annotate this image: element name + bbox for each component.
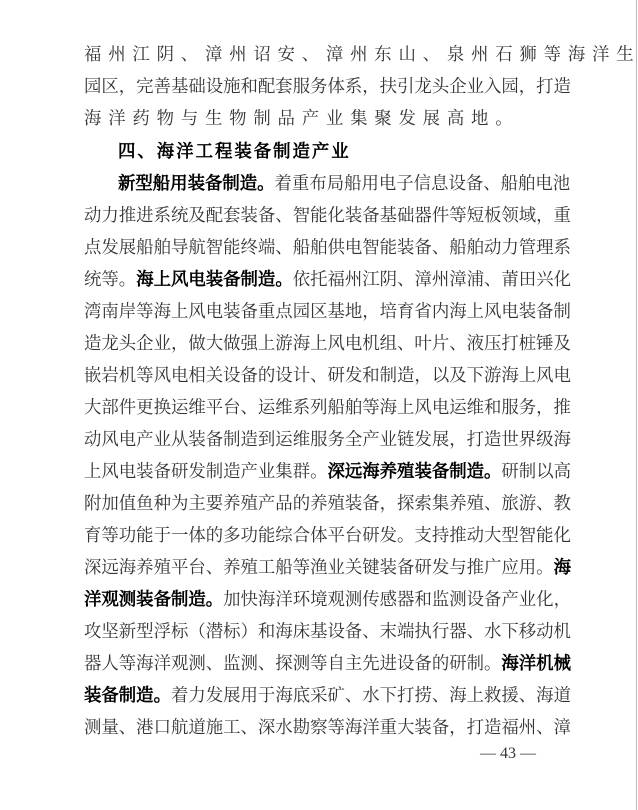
- text-run: 上风电装备研发制造产业集群。: [84, 462, 327, 482]
- text-line: 园区，完善基础设施和配套服务体系，扶引龙头企业入园，打造: [84, 71, 558, 103]
- text-line: 统等。海上风电装备制造。依托福州江阴、漳州漳浦、莆田兴化: [84, 264, 558, 296]
- subsection-title: 海: [554, 558, 571, 578]
- text-run: 加快海洋环境观测传感器和监测设备产业化，: [223, 590, 571, 610]
- text-line: 动风电产业从装备制造到运维服务全产业链发展，打造世界级海: [84, 424, 558, 456]
- subsection-title: 海上风电装备制造。: [136, 270, 293, 290]
- text-run: 研制以高: [501, 462, 571, 482]
- text-run: 造龙头企业，做大做强上游海上风电机组、叶片、液压打桩锤及: [84, 334, 571, 354]
- text-run: 动力推进系统及配套装备、智能化装备基础器件等短板领域，重: [84, 206, 571, 226]
- text-run: 附加值鱼种为主要养殖产品的养殖装备，探索集养殖、旅游、教: [84, 494, 571, 514]
- subsection-title: 海洋机械: [501, 654, 571, 674]
- text-run: 依托福州江阴、漳州漳浦、莆田兴化: [293, 270, 571, 290]
- text-run: 深远海养殖平台、养殖工船等渔业关键装备研发与推广应用。: [84, 558, 554, 578]
- text-line: 附加值鱼种为主要养殖产品的养殖装备，探索集养殖、旅游、教: [84, 488, 558, 520]
- text-line: 湾南岸等海上风电装备重点园区基地，培育省内海上风电装备制: [84, 296, 558, 328]
- text-run: 统等。: [84, 270, 136, 290]
- text-line: 装备制造。着力发展用于海底采矿、水下打捞、海上救援、海道: [84, 680, 558, 712]
- text-line: 育等功能于一体的多功能综合体平台研发。支持推动大型智能化: [84, 520, 558, 552]
- text-line: 动力推进系统及配套装备、智能化装备基础器件等短板领域，重: [84, 200, 558, 232]
- document-page: 福州江阴、漳州诏安、漳州东山、泉州石狮等海洋生物医药产业 园区，完善基础设施和配…: [0, 0, 637, 810]
- text-run: 攻坚新型浮标（潜标）和海床基设备、末端执行器、水下移动机: [84, 622, 571, 642]
- text-run: 海洋药物与生物制品产业集聚发展高地。: [84, 109, 519, 129]
- text-run: 福州江阴、漳州诏安、漳州东山、泉州石狮等海洋生物医药产业: [84, 45, 638, 65]
- text-line: 测量、港口航道施工、深水勘察等海洋重大装备，打造福州、漳: [84, 712, 558, 744]
- text-line: 新型船用装备制造。着重布局船用电子信息设备、船舶电池: [118, 168, 558, 200]
- text-line: 嵌岩机等风电相关设备的设计、研发和制造，以及下游海上风电: [84, 360, 558, 392]
- text-line: 上风电装备研发制造产业集群。深远海养殖装备制造。研制以高: [84, 456, 558, 488]
- text-run: 点发展船舶导航智能终端、船舶供电智能装备、船舶动力管理系: [84, 238, 571, 258]
- text-run: 着力发展用于海底采矿、水下打捞、海上救援、海道: [171, 686, 571, 706]
- text-line: 海洋药物与生物制品产业集聚发展高地。: [84, 103, 558, 135]
- text-run: 着重布局船用电子信息设备、船舶电池: [275, 174, 571, 194]
- text-line: 攻坚新型浮标（潜标）和海床基设备、末端执行器、水下移动机: [84, 616, 558, 648]
- text-run: 动风电产业从装备制造到运维服务全产业链发展，打造世界级海: [84, 430, 571, 450]
- text-line: 福州江阴、漳州诏安、漳州东山、泉州石狮等海洋生物医药产业: [84, 39, 558, 71]
- text-run: 嵌岩机等风电相关设备的设计、研发和制造，以及下游海上风电: [84, 366, 571, 386]
- subsection-title: 装备制造。: [84, 686, 171, 706]
- subsection-title: 深远海养殖装备制造。: [327, 462, 501, 482]
- text-line: 深远海养殖平台、养殖工船等渔业关键装备研发与推广应用。海: [84, 552, 558, 584]
- text-run: 大部件更换运维平台、运维系列船舶等海上风电运维和服务，推: [84, 398, 571, 418]
- text-run: 测量、港口航道施工、深水勘察等海洋重大装备，打造福州、漳: [84, 718, 571, 738]
- text-line: 器人等海洋观测、监测、探测等自主先进设备的研制。海洋机械: [84, 648, 558, 680]
- text-line: 洋观测装备制造。加快海洋环境观测传感器和监测设备产业化，: [84, 584, 558, 616]
- text-line: 造龙头企业，做大做强上游海上风电机组、叶片、液压打桩锤及: [84, 328, 558, 360]
- text-run: 育等功能于一体的多功能综合体平台研发。支持推动大型智能化: [84, 526, 571, 546]
- page-number: — 43 —: [480, 745, 536, 763]
- section-heading-text: 四、海洋工程装备制造产业: [118, 142, 351, 162]
- section-heading: 四、海洋工程装备制造产业: [118, 136, 558, 168]
- text-line: 点发展船舶导航智能终端、船舶供电智能装备、船舶动力管理系: [84, 232, 558, 264]
- text-run: 园区，完善基础设施和配套服务体系，扶引龙头企业入园，打造: [84, 77, 571, 97]
- text-run: 器人等海洋观测、监测、探测等自主先进设备的研制。: [84, 654, 501, 674]
- text-line: 大部件更换运维平台、运维系列船舶等海上风电运维和服务，推: [84, 392, 558, 424]
- subsection-title: 新型船用装备制造。: [118, 174, 275, 194]
- subsection-title: 洋观测装备制造。: [84, 590, 223, 610]
- text-run: 湾南岸等海上风电装备重点园区基地，培育省内海上风电装备制: [84, 302, 571, 322]
